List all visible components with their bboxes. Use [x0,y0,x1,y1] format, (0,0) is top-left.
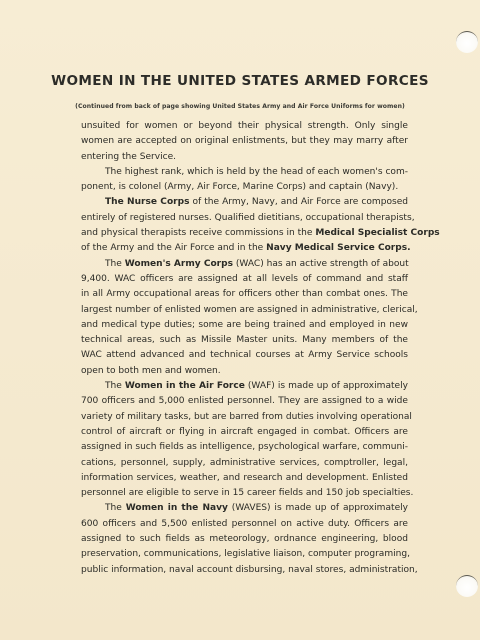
text-line: entirely of registered nurses. Qualified… [81,211,408,226]
text-line: The highest rank, which is held by the h… [81,165,408,180]
bold-term-women-in-navy: Women in the Navy [126,503,228,513]
bold-term-women-in-air-force: Women in the Air Force [125,381,245,391]
bold-term-navy-medical-service-corps: Navy Medical Service Corps. [266,243,410,253]
text-line: control of aircraft or flying in aircraf… [81,425,408,440]
text-span: (WAC) has an active strength of about [233,259,409,269]
text-line: The Nurse Corps of the Army, Navy, and A… [81,195,408,210]
text-line: ponent, is colonel (Army, Air Force, Mar… [81,180,408,195]
paragraph-2: The highest rank, which is held by the h… [81,165,408,196]
text-line: open to both men and women. [81,364,408,379]
text-line: The Women's Army Corps (WAC) has an acti… [81,257,408,272]
text-line: and physical therapists receive commissi… [81,226,408,241]
bold-term-womens-army-corps: Women's Army Corps [125,259,233,269]
text-line: preservation, communications, legislativ… [81,547,408,562]
text-line: 700 officers and 5,000 enlisted personne… [81,394,408,409]
text-span: The [105,503,126,513]
text-line: assigned in such fields as intelligence,… [81,440,408,455]
document-page: WOMEN IN THE UNITED STATES ARMED FORCES … [0,0,480,640]
text-line: entering the Service. [81,150,408,165]
text-line: of the Army and the Air Force and in the… [81,241,408,256]
binder-hole-top [456,31,478,53]
text-line: The Women in the Air Force (WAF) is made… [81,379,408,394]
binder-hole-bottom [456,575,478,597]
paragraph-wac: The Women's Army Corps (WAC) has an acti… [81,257,408,379]
document-body: unsuited for women or beyond their physi… [81,119,408,578]
text-line: technical areas, such as Missile Master … [81,333,408,348]
text-line: largest number of enlisted women are ass… [81,303,408,318]
page-subtitle: (Continued from back of page showing Uni… [0,103,480,110]
paragraph-waves: The Women in the Navy (WAVES) is made up… [81,501,408,577]
text-line: The Women in the Navy (WAVES) is made up… [81,501,408,516]
text-line: in all Army occupational areas for offic… [81,287,408,302]
text-line: variety of military tasks, but are barre… [81,410,408,425]
paragraph-nurse-corps: The Nurse Corps of the Army, Navy, and A… [81,195,408,256]
page-title: WOMEN IN THE UNITED STATES ARMED FORCES [0,73,480,89]
text-line: WAC attend advanced and technical course… [81,348,408,363]
text-line: and medical type duties; some are being … [81,318,408,333]
text-line: unsuited for women or beyond their physi… [81,119,408,134]
text-span: (WAF) is made up of approximately [245,381,408,391]
text-line: information services, weather, and resea… [81,471,408,486]
paragraph-waf: The Women in the Air Force (WAF) is made… [81,379,408,501]
text-span: of the Army and the Air Force and in the [81,243,266,253]
text-line: personnel are eligible to serve in 15 ca… [81,486,408,501]
text-line: cations, personnel, supply, administrati… [81,456,408,471]
text-span: of the Army, Navy, and Air Force are com… [190,197,409,207]
text-span: The [105,381,125,391]
bold-term-medical-specialist-corps: Medical Specialist Corps [315,228,439,238]
text-line: women are accepted on original enlistmen… [81,134,408,149]
paragraph-1: unsuited for women or beyond their physi… [81,119,408,165]
text-line: assigned to such fields as meteorology, … [81,532,408,547]
text-line: 600 officers and 5,500 enlisted personne… [81,517,408,532]
text-span: and physical therapists receive commissi… [81,228,315,238]
text-span: The [105,259,125,269]
text-span: (WAVES) is made up of approximately [228,503,408,513]
text-line: public information, naval account disbur… [81,563,408,578]
bold-term-nurse-corps: The Nurse Corps [105,197,190,207]
text-line: 9,400. WAC officers are assigned at all … [81,272,408,287]
